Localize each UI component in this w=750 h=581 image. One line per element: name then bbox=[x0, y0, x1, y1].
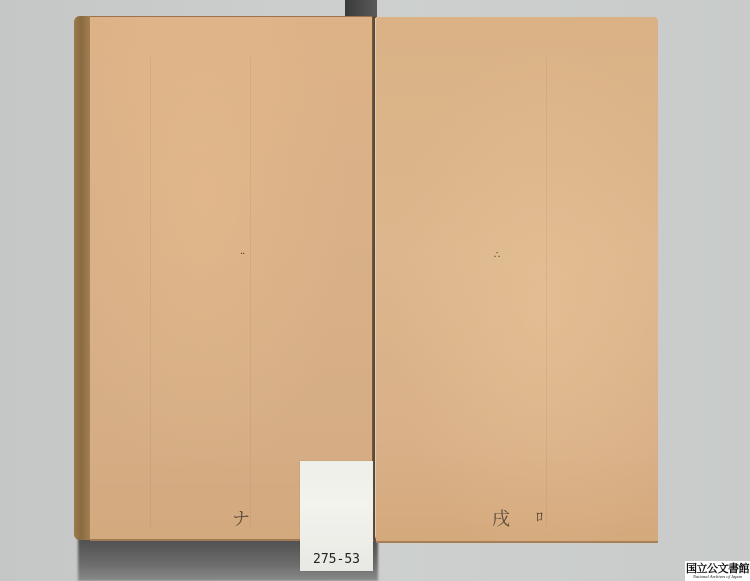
right-page-mark-2: ﾛ bbox=[536, 507, 543, 527]
left-page-mark: ナ bbox=[232, 505, 250, 531]
catalog-label: 275-53 bbox=[300, 461, 373, 571]
right-page-mark: 戌 bbox=[492, 505, 510, 531]
archive-name-japanese: 国立公文書館 bbox=[686, 563, 749, 574]
ink-dots: ·· bbox=[240, 249, 244, 260]
archive-name-english: National Archives of Japan bbox=[693, 574, 742, 580]
page-rule bbox=[150, 57, 151, 527]
archive-watermark: 国立公文書館 National Archives of Japan bbox=[685, 561, 750, 581]
page-rule bbox=[250, 57, 251, 527]
page-rule bbox=[546, 57, 547, 527]
right-page: ∴ 戌 ﾛ bbox=[376, 17, 658, 543]
catalog-number: 275-53 bbox=[300, 552, 373, 567]
ink-dots: ∴ bbox=[494, 250, 499, 261]
